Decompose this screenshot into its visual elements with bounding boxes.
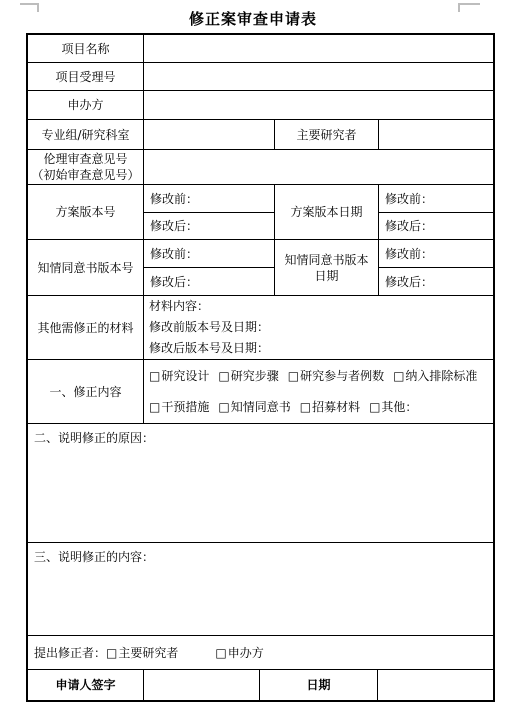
date-input[interactable] (378, 670, 493, 700)
checkbox-label: 申办方 (228, 645, 264, 661)
ethics-opinion-no-label: 伦理审查意见号 （初始审查意见号） (28, 150, 144, 185)
department-label: 专业组/研究科室 (28, 120, 144, 150)
proposer-row: 提出修正者： □主要研究者 □申办方 (28, 636, 493, 670)
checkbox-label: 主要研究者 (118, 645, 178, 661)
protocol-date-after-input[interactable]: 修改后： (379, 213, 493, 240)
amendment-content-label: 一、修正内容 (28, 360, 144, 424)
ethics-opinion-no-label-line1: 伦理审查意见号 (43, 151, 127, 167)
project-name-label: 项目名称 (28, 35, 144, 63)
checkbox-icon[interactable]: □ (218, 368, 229, 384)
consent-version-label: 知情同意书版本号 (28, 240, 144, 296)
consent-date-before-label: 修改前： (385, 246, 433, 262)
other-materials-line-content: 材料内容： (149, 296, 209, 317)
consent-date-after-label: 修改后： (385, 274, 433, 290)
amendment-content-options: □研究设计 □研究步骤 □研究参与者例数 □纳入排除标准 □干预措施 □知情同意… (144, 360, 493, 424)
project-name-input[interactable] (144, 35, 493, 63)
other-materials-input[interactable]: 材料内容： 修改前版本号及日期： 修改后版本号及日期： (144, 296, 493, 360)
sponsor-input[interactable] (144, 91, 493, 120)
protocol-version-before-input[interactable]: 修改前： (144, 185, 275, 213)
checkbox-option-recruitment-materials[interactable]: □招募材料 (300, 399, 360, 415)
ethics-opinion-no-input[interactable] (144, 150, 493, 185)
reason-section-label: 二、说明修正的原因： (34, 430, 154, 446)
acceptance-no-label: 项目受理号 (28, 63, 144, 91)
checkbox-label: 纳入排除标准 (405, 368, 477, 384)
checkbox-icon[interactable]: □ (288, 368, 299, 384)
protocol-version-after-input[interactable]: 修改后： (144, 213, 275, 240)
consent-date-after-input[interactable]: 修改后： (379, 268, 493, 296)
protocol-version-before-label: 修改前： (150, 191, 198, 207)
protocol-date-before-input[interactable]: 修改前： (379, 185, 493, 213)
consent-date-label-line1: 知情同意书版本 (284, 252, 368, 268)
checkbox-label: 研究设计 (161, 368, 209, 384)
application-form-table: 项目名称 项目受理号 申办方 专业组/研究科室 主要研究者 伦理审查意见号 （初… (26, 33, 495, 702)
protocol-date-label: 方案版本日期 (275, 185, 379, 240)
checkbox-label: 招募材料 (312, 399, 360, 415)
acceptance-no-input[interactable] (144, 63, 493, 91)
checkbox-option-participant-count[interactable]: □研究参与者例数 (288, 368, 384, 384)
checkbox-option-study-design[interactable]: □研究设计 (149, 368, 209, 384)
checkbox-icon[interactable]: □ (215, 645, 226, 661)
ethics-opinion-no-label-line2: （初始审查意见号） (31, 167, 139, 183)
form-title: 修正案审查申请表 (0, 8, 506, 29)
proposer-label: 提出修正者： (34, 645, 106, 661)
consent-version-before-label: 修改前： (150, 246, 198, 262)
consent-version-after-input[interactable]: 修改后： (144, 268, 275, 296)
checkbox-option-inclusion-exclusion[interactable]: □纳入排除标准 (393, 368, 477, 384)
consent-version-before-input[interactable]: 修改前： (144, 240, 275, 268)
consent-date-label-line2: 日期 (314, 268, 338, 284)
checkbox-icon[interactable]: □ (393, 368, 404, 384)
checkbox-label: 干预措施 (161, 399, 209, 415)
checkbox-icon[interactable]: □ (149, 399, 160, 415)
applicant-signature-label: 申请人签字 (28, 670, 144, 700)
consent-date-before-input[interactable]: 修改前： (379, 240, 493, 268)
checkbox-label: 知情同意书 (231, 399, 291, 415)
checkbox-option-informed-consent[interactable]: □知情同意书 (218, 399, 290, 415)
other-materials-line-after: 修改后版本号及日期： (149, 338, 269, 359)
consent-version-after-label: 修改后： (150, 274, 198, 290)
department-input[interactable] (144, 120, 275, 150)
checkbox-icon[interactable]: □ (218, 399, 229, 415)
date-label: 日期 (260, 670, 378, 700)
other-materials-label: 其他需修正的材料 (28, 296, 144, 360)
protocol-date-after-label: 修改后： (385, 218, 433, 234)
principal-investigator-label: 主要研究者 (275, 120, 379, 150)
protocol-date-before-label: 修改前： (385, 191, 433, 207)
other-materials-line-before: 修改前版本号及日期： (149, 317, 269, 338)
protocol-version-label: 方案版本号 (28, 185, 144, 240)
checkbox-option-principal-investigator[interactable]: □主要研究者 (106, 645, 178, 661)
protocol-version-after-label: 修改后： (150, 218, 198, 234)
applicant-signature-input[interactable] (144, 670, 260, 700)
principal-investigator-input[interactable] (379, 120, 493, 150)
sponsor-label: 申办方 (28, 91, 144, 120)
consent-date-label: 知情同意书版本 日期 (275, 240, 379, 296)
reason-section-input[interactable]: 二、说明修正的原因： (28, 424, 493, 543)
checkbox-label: 研究参与者例数 (300, 368, 384, 384)
content-section-input[interactable]: 三、说明修正的内容： (28, 543, 493, 636)
content-section-label: 三、说明修正的内容： (34, 549, 154, 565)
checkbox-option-study-steps[interactable]: □研究步骤 (218, 368, 278, 384)
checkbox-option-other[interactable]: □其他： (369, 399, 417, 415)
checkbox-icon[interactable]: □ (106, 645, 117, 661)
checkbox-icon[interactable]: □ (369, 399, 380, 415)
checkbox-option-sponsor[interactable]: □申办方 (215, 645, 263, 661)
checkbox-label: 研究步骤 (231, 368, 279, 384)
checkbox-label: 其他： (381, 399, 417, 415)
checkbox-icon[interactable]: □ (149, 368, 160, 384)
checkbox-icon[interactable]: □ (300, 399, 311, 415)
checkbox-option-intervention[interactable]: □干预措施 (149, 399, 209, 415)
